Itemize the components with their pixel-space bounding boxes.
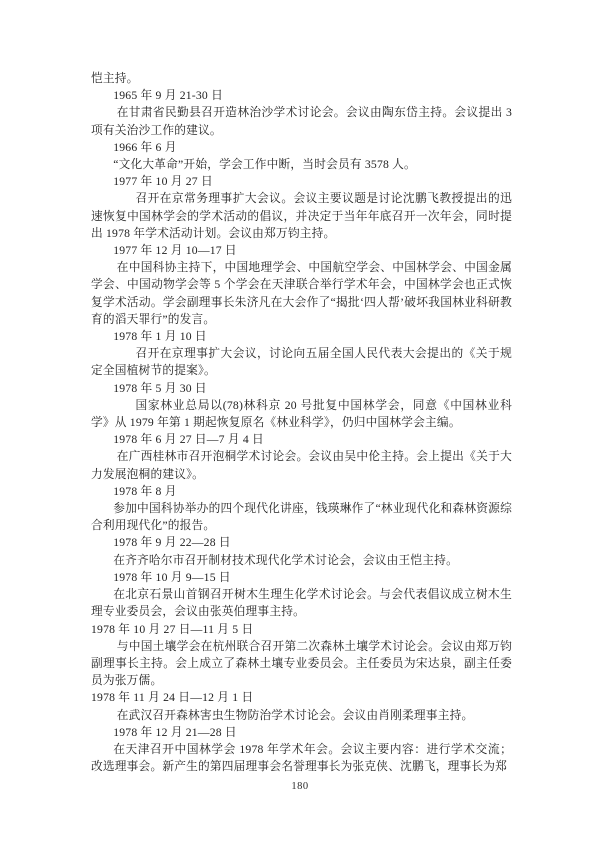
document-page: 恺主持。1965 年 9 月 21-30 日在甘肃省民勤县召开造林治沙学术讨论会… <box>0 0 600 848</box>
entry-date: 1965 年 9 月 21-30 日 <box>91 87 512 104</box>
entry-event: 在甘肃省民勤县召开造林治沙学术讨论会。会议由陶东岱主持。会议提出 3 项有关治沙… <box>91 104 512 138</box>
entry-event: 在中国科协主持下，中国地理学会、中国航空学会、中国林学会、中国金属学会、中国动物… <box>91 259 512 328</box>
entry-date: 1978 年 5 月 30 日 <box>91 380 512 397</box>
entry-date: 1978 年 6 月 27 日—7 月 4 日 <box>91 431 512 448</box>
entry-date: 1978 年 1 月 10 日 <box>91 328 512 345</box>
entry-date: 1978 年 8 月 <box>91 483 512 500</box>
entry-event: 在广西桂林市召开泡桐学术讨论会。会议由吴中伦主持。会上提出《关于大力发展泡桐的建… <box>91 448 512 482</box>
page-number: 180 <box>0 781 600 792</box>
chronology-text: 恺主持。1965 年 9 月 21-30 日在甘肃省民勤县召开造林治沙学术讨论会… <box>91 70 512 775</box>
entry-date: 1978 年 10 月 27 日—11 月 5 日 <box>91 621 512 638</box>
entry-date: 1978 年 9 月 22—28 日 <box>91 534 512 551</box>
entry-event: 在北京石景山首钢召开树木生理生化学术讨论会。与会代表倡议成立树木生理专业委员会，… <box>91 586 512 620</box>
entry-date: 1978 年 10 月 9—15 日 <box>91 569 512 586</box>
entry-date: 1978 年 11 月 24 日—12 月 1 日 <box>91 689 512 706</box>
entry-event: 恺主持。 <box>91 70 512 87</box>
entry-date: 1966 年 6 月 <box>91 139 512 156</box>
entry-event: 在齐齐哈尔市召开制材技术现代化学术讨论会，会议由王恺主持。 <box>91 552 512 569</box>
entry-event: 与中国土壤学会在杭州联合召开第二次森林土壤学术讨论会。会议由郑万钧副理事长主持。… <box>91 638 512 690</box>
entry-event: 召开在京常务理事扩大会议。会议主要议题是讨论沈鹏飞教授提出的迅速恢复中国林学会的… <box>91 190 512 242</box>
entry-event: 国家林业总局以(78)林科京 20 号批复中国林学会，同意《中国林业科学》从 1… <box>91 397 512 431</box>
entry-date: 1977 年 12 月 10—17 日 <box>91 242 512 259</box>
entry-event: “文化大革命”开始，学会工作中断，当时会员有 3578 人。 <box>91 156 512 173</box>
entry-event: 召开在京理事扩大会议，讨论向五届全国人民代表大会提出的《关于规定全国植树节的提案… <box>91 345 512 379</box>
entry-event: 参加中国科协举办的四个现代化讲座，钱瑛琳作了“林业现代化和森林资源综合利用现代化… <box>91 500 512 534</box>
entry-event: 在天津召开中国林学会 1978 年学术年会。会议主要内容：进行学术交流；改选理事… <box>91 741 512 775</box>
entry-date: 1977 年 10 月 27 日 <box>91 173 512 190</box>
entry-date: 1978 年 12 月 21—28 日 <box>91 724 512 741</box>
entry-event: 在武汉召开森林害虫生物防治学术讨论会。会议由肖刚柔理事主持。 <box>91 707 512 724</box>
